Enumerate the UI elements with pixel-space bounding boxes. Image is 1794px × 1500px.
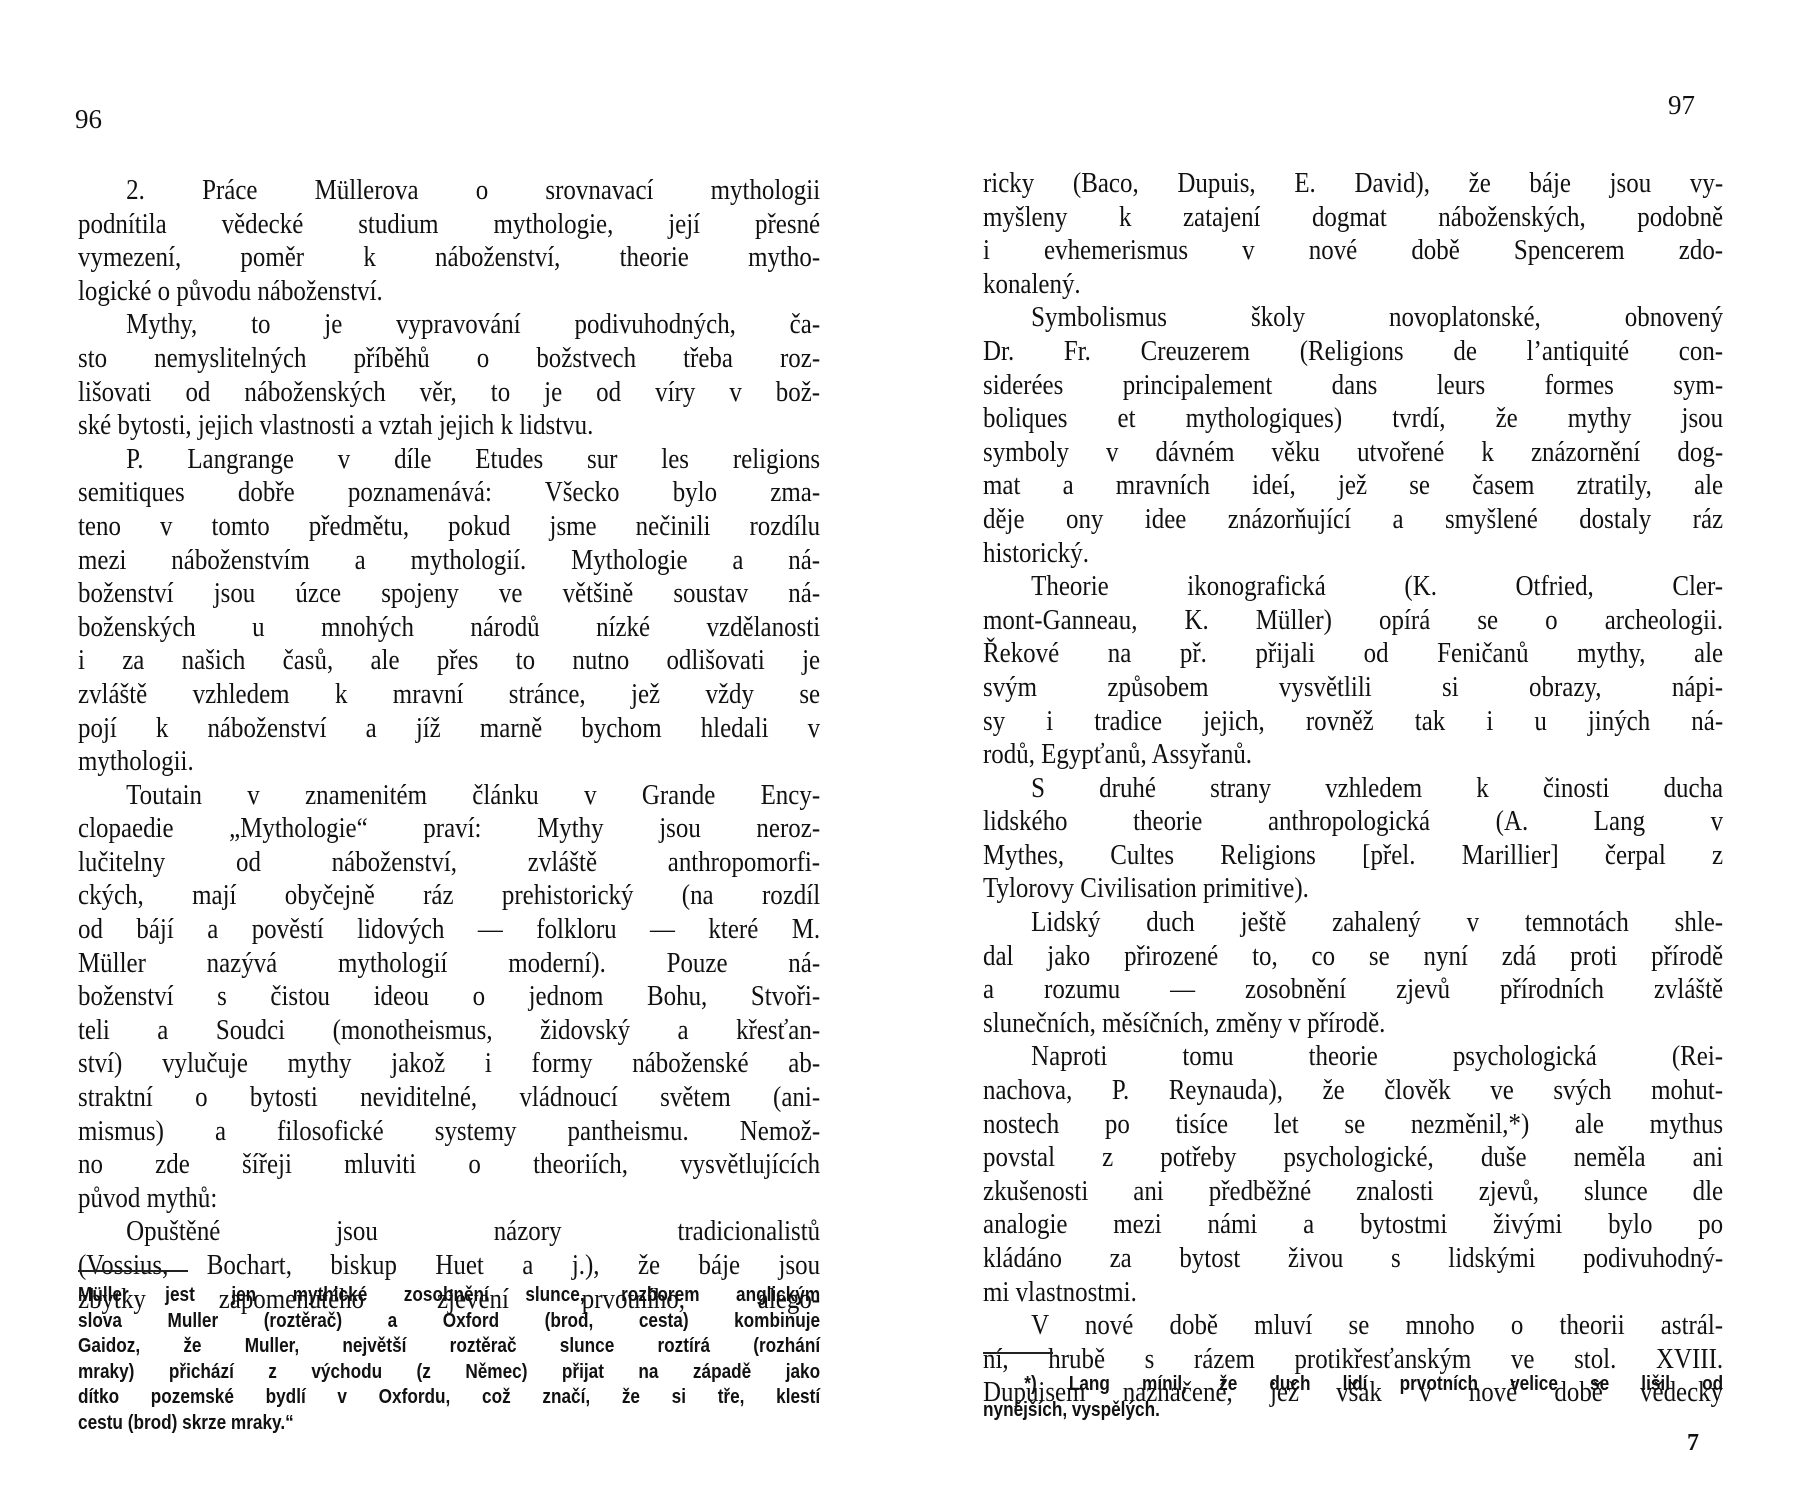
text-line: Theorie ikonografická (K. Otfried, Cler- — [983, 570, 1723, 604]
text-line: nachova, P. Reynauda), že člověk ve svýc… — [983, 1074, 1723, 1108]
text-line: lišovati od náboženských věr, to je od v… — [78, 376, 820, 410]
text-line: ské bytosti, jejich vlastnosti a vztah j… — [78, 409, 820, 443]
footnote-line: cestu (brod) skrze mraky.“ — [78, 1411, 820, 1437]
footnote-line: *) Lang mínil, že duch lidí prvotních ve… — [983, 1372, 1723, 1398]
text-line: Tylorovy Civilisation primitive). — [983, 872, 1723, 906]
text-line: a rozumu — zosobnění zjevů přírodních zv… — [983, 973, 1723, 1007]
text-line: konalený. — [983, 268, 1723, 302]
text-line: logické o původu náboženství. — [78, 275, 820, 309]
footnote-line: Müller jest jen mythické zosobnění slunc… — [78, 1283, 820, 1309]
text-line: Dr. Fr. Creuzerem (Religions de l’antiqu… — [983, 335, 1723, 369]
page-number: 97 — [1660, 90, 1695, 120]
text-line: teno v tomto předmětu, pokud jsme nečini… — [78, 510, 820, 544]
footnote-rule — [78, 1270, 188, 1272]
text-line: svým způsobem vysvětlili si obrazy, nápi… — [983, 671, 1723, 705]
text-line: mi vlastnostmi. — [983, 1276, 1723, 1310]
text-line: Lidský duch ještě zahalený v temnotách s… — [983, 906, 1723, 940]
text-line: sy i tradice jejich, rovněž tak i u jiný… — [983, 705, 1723, 739]
text-line: dal jako přirozené to, co se nyní zdá pr… — [983, 940, 1723, 974]
text-line: Mythy, to je vypravování podivuhodných, … — [78, 308, 820, 342]
text-line: (Vossius, Bochart, biskup Huet a j.), že… — [78, 1249, 820, 1283]
text-line: vymezení, poměr k náboženství, theorie m… — [78, 241, 820, 275]
text-line: P. Langrange v díle Etudes sur les relig… — [78, 443, 820, 477]
footnote-line: dítko pozemské bydlí v Oxfordu, což znač… — [78, 1385, 820, 1411]
text-line: mismus) a filosofické systemy pantheismu… — [78, 1115, 820, 1149]
text-line: zvláště vzhledem k mravní stránce, jež v… — [78, 678, 820, 712]
text-line: podnítila vědecké studium mythologie, je… — [78, 208, 820, 242]
footnote-rule — [983, 1352, 1053, 1354]
text-line: mat a mravních ideí, jež se časem ztrati… — [983, 469, 1723, 503]
text-line: mezi náboženstvím a mythologií. Mytholog… — [78, 544, 820, 578]
text-line: pojí k náboženství a jíž marně bychom hl… — [78, 712, 820, 746]
text-line: boženství jsou úzce spojeny ve většině s… — [78, 577, 820, 611]
text-line: povstal z potřeby psychologické, duše ne… — [983, 1141, 1723, 1175]
text-line: původ mythů: — [78, 1182, 820, 1216]
text-line: kládáno za bytost živou s lidskými podiv… — [983, 1242, 1723, 1276]
text-line: symboly v dávném věku utvořené k znázorn… — [983, 436, 1723, 470]
footnote: *) Lang mínil, že duch lidí prvotních ve… — [983, 1372, 1723, 1423]
text-line: rodů, Egypťanů, Assyřanů. — [983, 738, 1723, 772]
left-page: 96 2. Práce Müllerova o srovnavací mytho… — [0, 0, 897, 1500]
right-page: 97 ricky (Baco, Dupuis, E. David), že bá… — [897, 0, 1794, 1500]
footnote: Müller jest jen mythické zosobnění slunc… — [78, 1283, 820, 1436]
text-line: semitiques dobře poznamenává: Všecko byl… — [78, 476, 820, 510]
text-line: straktní o bytosti neviditelné, vládnouc… — [78, 1081, 820, 1115]
text-line: nostech po tisíce let se nezměnil,*) ale… — [983, 1108, 1723, 1142]
text-line: ství) vylučuje mythy jakož i formy nábož… — [78, 1047, 820, 1081]
text-line: od bájí a pověstí lidových — folkloru — … — [78, 913, 820, 947]
footnote-line: slova Muller (roztěrač) a Oxford (brod, … — [78, 1309, 820, 1335]
text-line: no zde šířeji mluviti o theoriích, vysvě… — [78, 1148, 820, 1182]
text-line: boliques et mythologiques) tvrdí, že myt… — [983, 402, 1723, 436]
text-line: Opuštěné jsou názory tradicionalistů — [78, 1215, 820, 1249]
text-line: ricky (Baco, Dupuis, E. David), že báje … — [983, 167, 1723, 201]
footnote-line: nynějších, vyspělých. — [983, 1398, 1723, 1424]
text-line: V nové době mluví se mnoho o theorii ast… — [983, 1309, 1723, 1343]
text-line: S druhé strany vzhledem k činosti ducha — [983, 772, 1723, 806]
text-line: slunečních, měsíčních, změny v přírodě. — [983, 1007, 1723, 1041]
footnote-line: mraky) přichází z východu (z Němec) přij… — [78, 1360, 820, 1386]
body-text: ricky (Baco, Dupuis, E. David), že báje … — [983, 167, 1723, 1410]
text-line: siderées principalement dans leurs forme… — [983, 369, 1723, 403]
text-line: boženských u mnohých národů nízké vzděla… — [78, 611, 820, 645]
text-line: Mythes, Cultes Religions [přel. Marillie… — [983, 839, 1723, 873]
page-number: 96 — [75, 104, 102, 134]
text-line: i evhemerismus v nové době Spencerem zdo… — [983, 234, 1723, 268]
text-line: Naproti tomu theorie psychologická (Rei- — [983, 1040, 1723, 1074]
text-line: Symbolismus školy novoplatonské, obnoven… — [983, 301, 1723, 335]
text-line: sto nemyslitelných příběhů o božstvech t… — [78, 342, 820, 376]
text-line: i za našich časů, ale přes to nutno odli… — [78, 644, 820, 678]
text-line: lučitelny od náboženství, zvláště anthro… — [78, 846, 820, 880]
text-line: Řekové na př. přijali od Feničanů mythy,… — [983, 637, 1723, 671]
footnote-line: Gaidoz, že Muller, největší roztěrač slu… — [78, 1334, 820, 1360]
text-line: analogie mezi námi a bytostmi živými byl… — [983, 1208, 1723, 1242]
text-line: zkušenosti ani předběžné znalosti zjevů,… — [983, 1175, 1723, 1209]
text-line: historický. — [983, 537, 1723, 571]
signature-mark: 7 — [1687, 1428, 1699, 1458]
text-line: Toutain v znamenitém článku v Grande Enc… — [78, 779, 820, 813]
text-line: mont-Ganneau, K. Müller) opírá se o arch… — [983, 604, 1723, 638]
body-text: 2. Práce Müllerova o srovnavací mytholog… — [78, 174, 820, 1316]
text-line: boženství s čistou ideou o jednom Bohu, … — [78, 980, 820, 1014]
text-line: děje ony idee znázorňující a smyšlené do… — [983, 503, 1723, 537]
text-line: mythologii. — [78, 745, 820, 779]
text-line: teli a Soudci (monotheismus, židovský a … — [78, 1014, 820, 1048]
text-line: Müller nazývá mythologií moderní). Pouze… — [78, 947, 820, 981]
text-line: lidského theorie anthropologická (A. Lan… — [983, 805, 1723, 839]
text-line: 2. Práce Müllerova o srovnavací mytholog… — [78, 174, 820, 208]
text-line: myšleny k zatajení dogmat náboženských, … — [983, 201, 1723, 235]
text-line: clopaedie „Mythologie“ praví: Mythy jsou… — [78, 812, 820, 846]
text-line: ckých, mají obyčejně ráz prehistorický (… — [78, 879, 820, 913]
